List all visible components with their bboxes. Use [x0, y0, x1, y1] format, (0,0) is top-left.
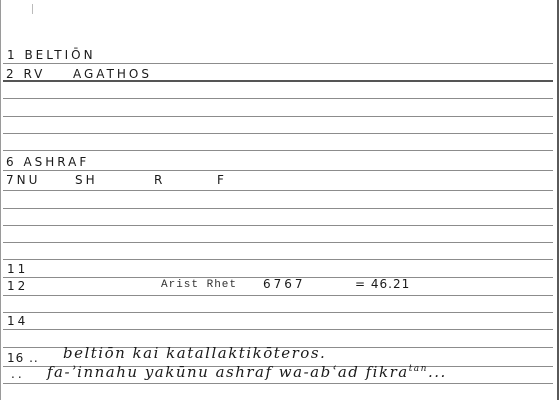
line-16-greek-quote: beltiōn kai katallaktikōteros. — [63, 346, 326, 361]
line-7-root-r: R — [154, 174, 165, 186]
ruled-line — [3, 225, 553, 226]
line-7-label: 7NU — [6, 174, 40, 186]
line-17-dots: .. — [11, 368, 25, 380]
ruled-line — [3, 259, 553, 260]
line-17-text: fa-ʾinnahu yakūnu ashraf wa-abʿad fikra — [47, 363, 409, 381]
ruled-line — [3, 190, 553, 191]
ruled-line — [3, 116, 553, 117]
ruled-line — [3, 63, 553, 64]
margin-mark — [32, 4, 33, 14]
ruled-line — [3, 329, 553, 330]
line-7-root-sh: SH — [75, 174, 98, 186]
line-16-number: 16 .. — [7, 352, 39, 364]
line-2-greek: AGATHOS — [73, 68, 152, 80]
line-17-ellipsis: ... — [428, 363, 447, 381]
ruled-line — [3, 98, 553, 99]
ruled-line — [3, 133, 553, 134]
line-12-reference: 6767 — [263, 278, 306, 290]
ruled-line — [3, 150, 553, 151]
ruled-line — [3, 295, 553, 296]
ruled-line — [3, 170, 553, 171]
line-11-number: 11 — [7, 263, 28, 275]
index-card: 1 BELTIŌN 2 RV AGATHOS 6 ASHRAF 7NU SH R… — [0, 0, 559, 400]
line-12-number: 12 — [7, 280, 28, 292]
line-17-arabic-quote: fa-ʾinnahu yakūnu ashraf wa-abʿad fikrat… — [47, 365, 447, 380]
line-14-number: 14 — [7, 315, 28, 327]
line-7-root-f: F — [217, 174, 227, 186]
line-2-label: 2 RV — [6, 68, 45, 80]
line-1-headword: 1 BELTIŌN — [7, 49, 96, 61]
line-12-source: Arist Rhet — [161, 280, 237, 291]
ruled-line — [3, 208, 553, 209]
line-6-arabic-headword: 6 ASHRAF — [6, 156, 89, 168]
line-12-equivalent: = 46.21 — [355, 278, 410, 290]
ruled-line — [3, 242, 553, 243]
ruled-line — [3, 312, 553, 313]
ruled-line — [3, 383, 553, 384]
line-17-superscript: tan — [409, 364, 428, 374]
